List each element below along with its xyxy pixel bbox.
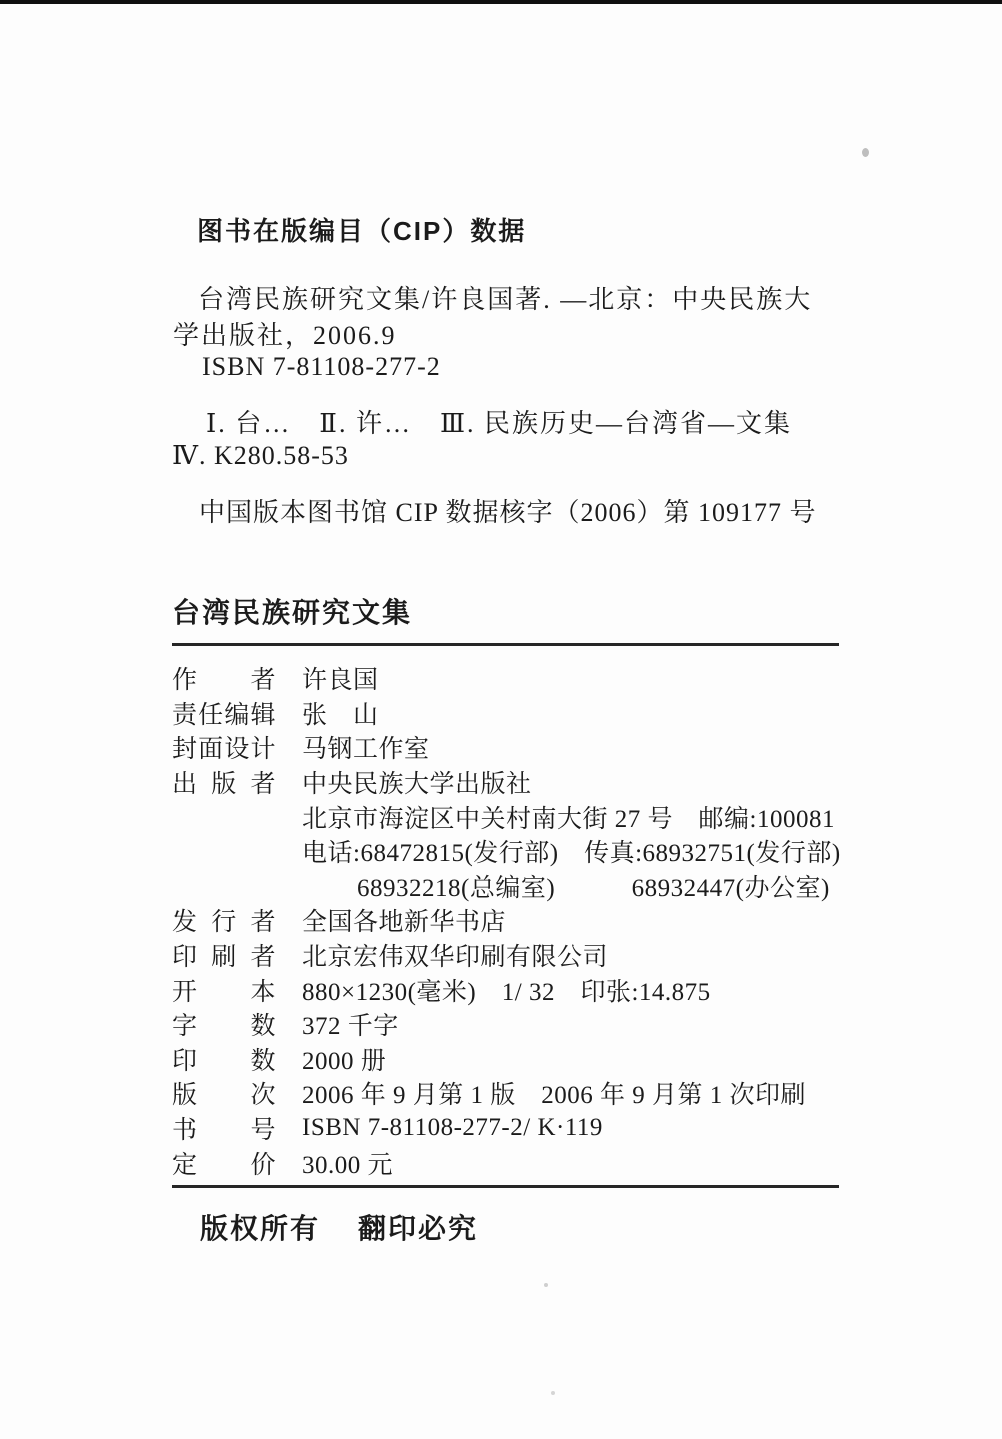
colophon-row-print-run: 印数 2000 册	[172, 1042, 872, 1077]
row-label: 封面设计	[172, 729, 276, 765]
row-value: 全国各地新华书店	[302, 902, 506, 938]
copyright-page: 图书在版编目（CIP）数据 台湾民族研究文集/许良国著. —北京：中央民族大 学…	[0, 0, 1002, 1439]
cip-classification-code: Ⅳ. K280.58-53	[172, 441, 349, 471]
row-label: 定价	[172, 1145, 276, 1181]
scan-speck	[862, 148, 869, 157]
row-label: 开本	[172, 972, 276, 1008]
row-value: 880×1230(毫米) 1/ 32 印张:14.875	[302, 972, 711, 1008]
copyright-notice-left: 版权所有	[200, 1213, 320, 1244]
colophon-row-printer: 印刷者 北京宏伟双华印刷有限公司	[172, 938, 872, 973]
colophon-row-edition: 版次 2006 年 9 月第 1 版 2006 年 9 月第 1 次印刷	[172, 1076, 872, 1111]
book-title: 台湾民族研究文集	[172, 591, 412, 631]
copyright-notice-right: 翻印必究	[358, 1213, 478, 1244]
row-value: ISBN 7-81108-277-2/ K·119	[302, 1114, 603, 1142]
publisher-phone-line: 电话:68472815(发行部) 传真:68932751(发行部)	[172, 834, 872, 869]
row-value: 北京宏伟双华印刷有限公司	[302, 937, 608, 973]
colophon-row-word-count: 字数 372 千字	[172, 1007, 872, 1042]
row-label: 书号	[172, 1110, 276, 1146]
publisher-address-line: 北京市海淀区中关村南大街 27 号 邮编:100081	[172, 799, 872, 834]
colophon-row-cover-design: 封面设计 马钢工作室	[172, 730, 872, 765]
scan-speck	[544, 1283, 548, 1287]
cip-record-line-2: 学出版社，2006.9	[173, 315, 397, 352]
row-value: 2006 年 9 月第 1 版 2006 年 9 月第 1 次印刷	[302, 1075, 806, 1111]
row-value: 30.00 元	[302, 1145, 393, 1181]
cip-record-line-1: 台湾民族研究文集/许良国著. —北京：中央民族大	[198, 279, 812, 316]
colophon-row-editor: 责任编辑 张 山	[172, 696, 872, 731]
row-label: 出版者	[172, 764, 276, 800]
row-value: 中央民族大学出版社	[302, 764, 532, 800]
publisher-phone-line-2: 68932218(总编室) 68932447(办公室)	[172, 869, 872, 904]
cip-registry-number: 中国版本图书馆 CIP 数据核字（2006）第 109177 号	[199, 492, 817, 529]
cip-heading: 图书在版编目（CIP）数据	[197, 211, 526, 248]
row-label: 字数	[172, 1006, 276, 1042]
colophon-row-isbn: 书号 ISBN 7-81108-277-2/ K·119	[172, 1111, 872, 1146]
row-value: 2000 册	[302, 1041, 386, 1077]
divider-top	[172, 643, 839, 646]
colophon-row-format: 开本 880×1230(毫米) 1/ 32 印张:14.875	[172, 972, 872, 1007]
row-value: 372 千字	[302, 1006, 399, 1042]
colophon-row-publisher: 出版者 中央民族大学出版社	[172, 765, 872, 800]
scan-edge-artifact	[0, 0, 1002, 4]
colophon-row-distributor: 发行者 全国各地新华书店	[172, 903, 872, 938]
row-label: 发行者	[172, 902, 276, 938]
row-label: 版次	[172, 1075, 276, 1111]
row-value: 电话:68472815(发行部) 传真:68932751(发行部)	[302, 833, 841, 869]
row-label: 印刷者	[172, 937, 276, 973]
colophon-table: 作者 许良国 责任编辑 张 山 封面设计 马钢工作室 出版者 中央民族大学出版社…	[172, 661, 872, 1180]
row-value: 许良国	[302, 660, 379, 696]
colophon-row-price: 定价 30.00 元	[172, 1145, 872, 1180]
cip-subject-entries: Ⅰ. 台… Ⅱ. 许… Ⅲ. 民族历史—台湾省—文集	[206, 403, 792, 440]
row-value: 68932218(总编室) 68932447(办公室)	[357, 868, 830, 904]
cip-isbn: ISBN 7-81108-277-2	[202, 352, 441, 382]
row-label: 责任编辑	[172, 695, 276, 731]
row-value: 北京市海淀区中关村南大街 27 号 邮编:100081	[302, 799, 835, 835]
row-label: 印数	[172, 1041, 276, 1077]
row-label: 作者	[172, 660, 276, 696]
row-value: 马钢工作室	[302, 729, 430, 765]
row-value: 张 山	[302, 695, 379, 731]
copyright-notice: 版权所有翻印必究	[200, 1207, 478, 1247]
colophon-row-author: 作者 许良国	[172, 661, 872, 696]
scan-speck	[551, 1391, 555, 1395]
divider-bottom	[172, 1185, 839, 1188]
